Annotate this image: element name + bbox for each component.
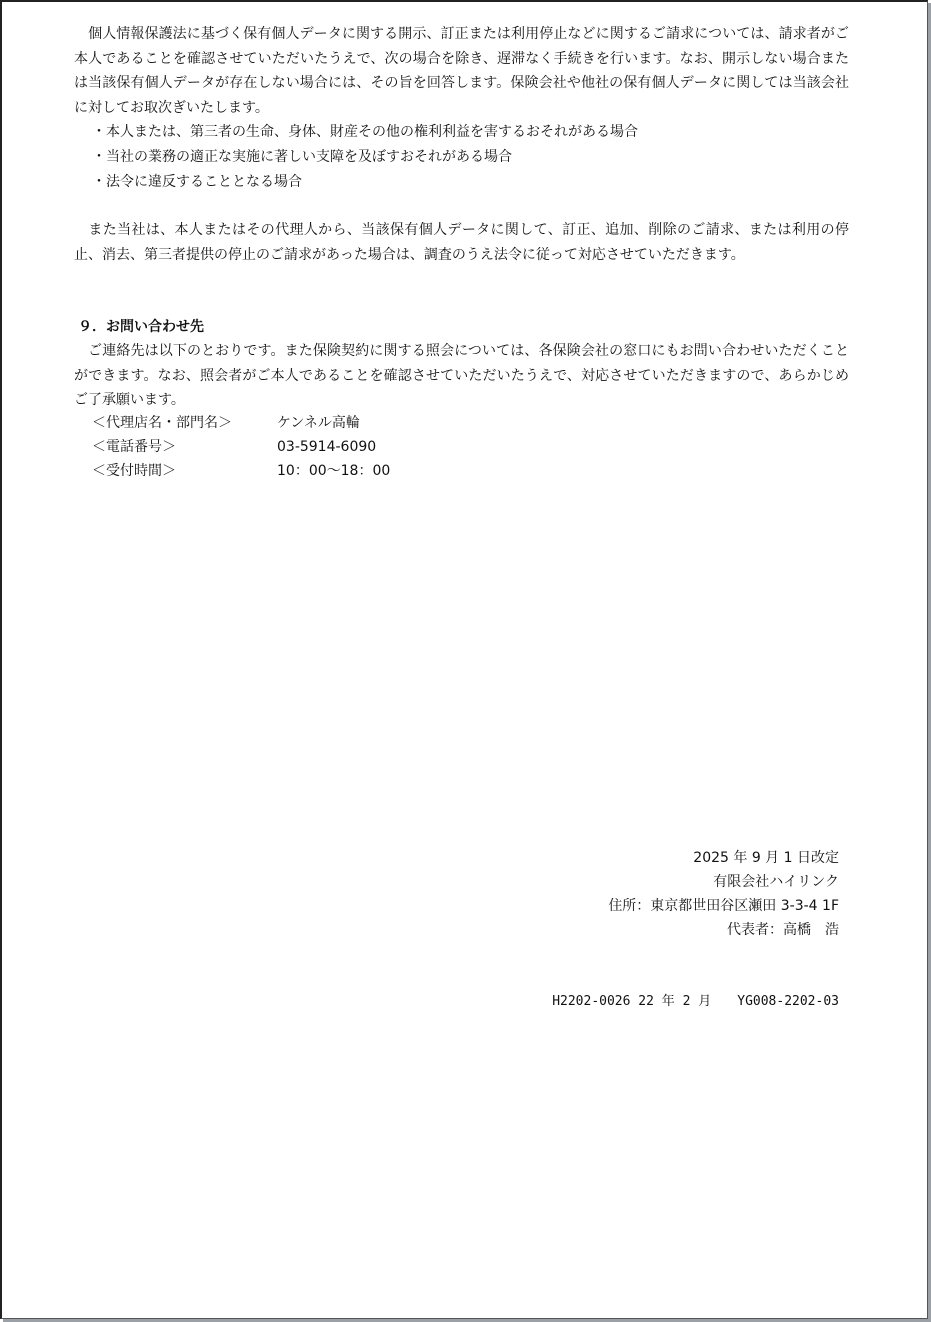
representative: 代表者：高橋 浩 [727,918,839,943]
contact-value-agency: ケンネル高輪 [277,411,360,436]
document-page: 個人情報保護法に基づく保有個人データに関する開示、訂正または利用停止などに関する… [0,0,928,1319]
exception-item: ・法令に違反することとなる場合 [92,170,302,195]
exception-item: ・本人または、第三者の生命、身体、財産その他の権利利益を害するおそれがある場合 [92,120,638,145]
company-address: 住所：東京都世田谷区瀬田 3-3-4 1F [608,894,839,919]
exception-item: ・当社の業務の適正な実施に著しい支障を及ぼすおそれがある場合 [92,145,512,170]
contact-value-phone: 03-5914-6090 [277,435,376,460]
disclosure-paragraph: 個人情報保護法に基づく保有個人データに関する開示、訂正または利用停止などに関する… [74,22,849,120]
contact-label-hours: ＜受付時間＞ [92,459,176,484]
contact-paragraph: ご連絡先は以下のとおりです。また保険契約に関する照会については、各保険会社の窓口… [74,339,849,413]
section-heading: ９．お問い合わせ先 [78,315,204,340]
revision-date: 2025 年 9 月 1 日改定 [693,846,839,871]
contact-value-hours: 10：00～18：00 [277,459,390,484]
contact-label-agency: ＜代理店名・部門名＞ [92,411,232,436]
correction-paragraph: また当社は、本人またはその代理人から、当該保有個人データに関して、訂正、追加、削… [74,218,849,267]
contact-label-phone: ＜電話番号＞ [92,435,176,460]
company-name: 有限会社ハイリンク [713,870,839,895]
document-code: H2202-0026 22 年 2 月 YG008-2202-03 [552,990,839,1015]
